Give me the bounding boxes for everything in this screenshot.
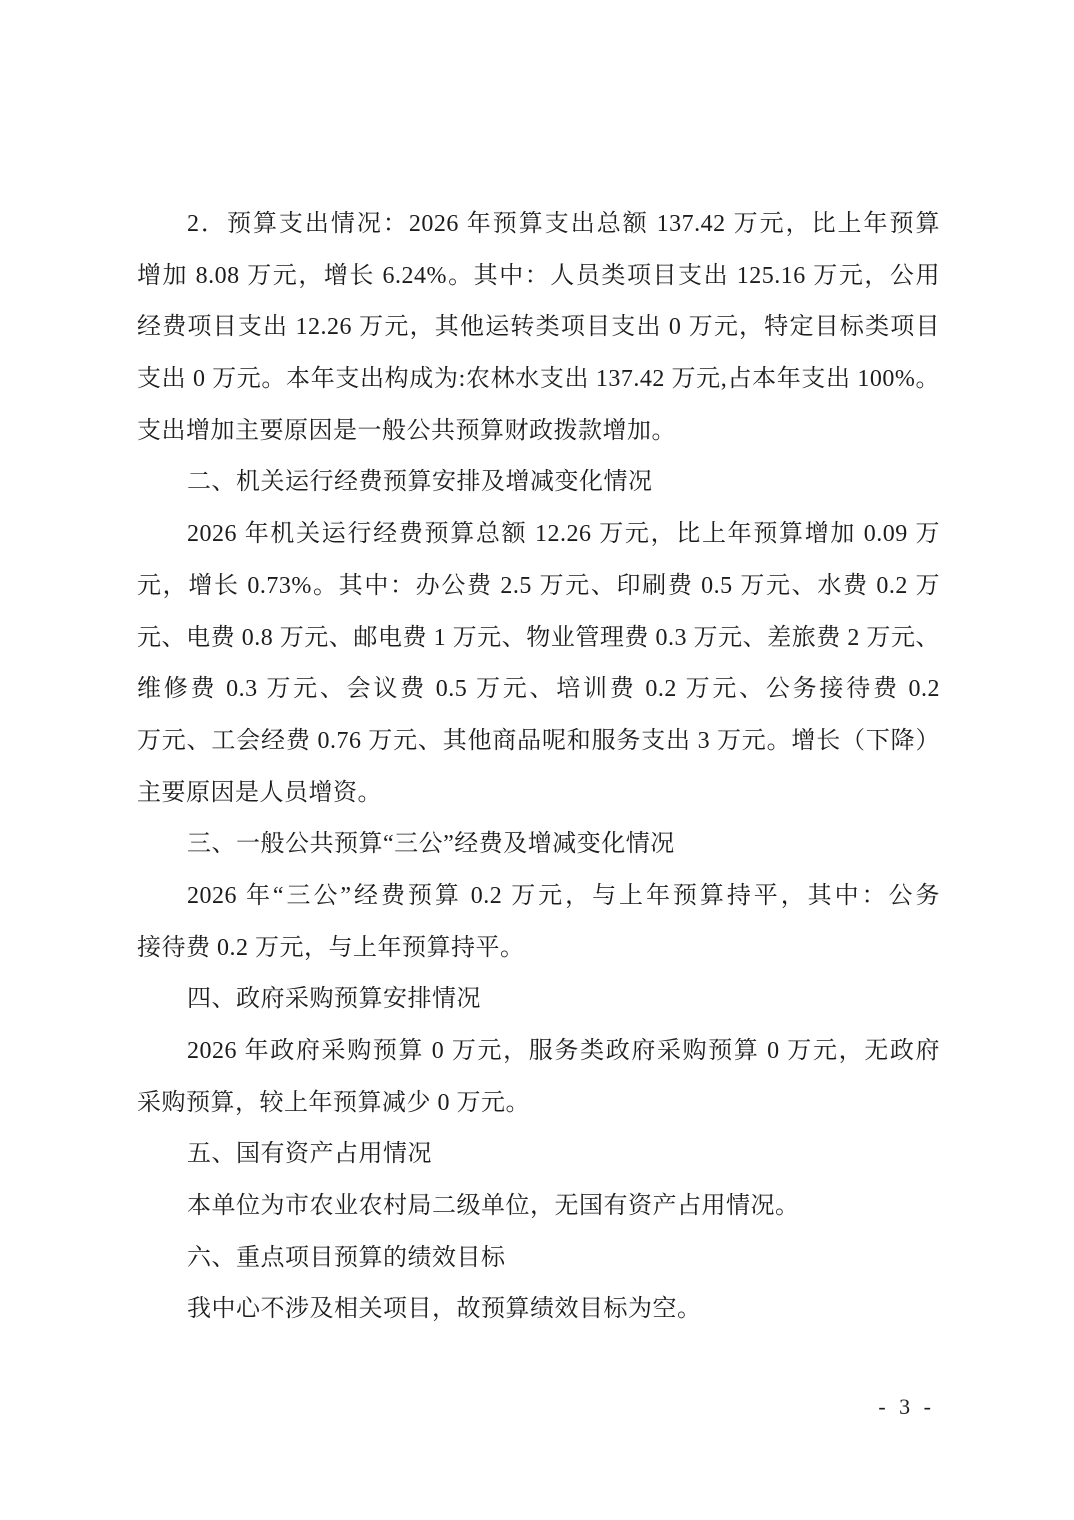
heading-line: 四、政府采购预算安排情况 bbox=[137, 974, 940, 1026]
text-line: 万元、工会经费 0.76 万元、其他商品呢和服务支出 3 万元。增长（下降） bbox=[137, 716, 940, 768]
text-line: 经费项目支出 12.26 万元，其他运转类项目支出 0 万元，特定目标类项目 bbox=[137, 302, 940, 354]
document-page: 2．预算支出情况：2026 年预算支出总额 137.42 万元，比上年预算增加 … bbox=[0, 0, 1074, 1520]
heading-line: 三、一般公共预算“三公”经费及增减变化情况 bbox=[137, 819, 940, 871]
text-line: 维修费 0.3 万元、会议费 0.5 万元、培训费 0.2 万元、公务接待费 0… bbox=[137, 664, 940, 716]
text-line: 元、电费 0.8 万元、邮电费 1 万元、物业管理费 0.3 万元、差旅费 2 … bbox=[137, 613, 940, 665]
text-line: 2026 年“三公”经费预算 0.2 万元，与上年预算持平，其中：公务 bbox=[137, 871, 940, 923]
text-line: 增加 8.08 万元，增长 6.24%。其中：人员类项目支出 125.16 万元… bbox=[137, 251, 940, 303]
text-line: 本单位为市农业农村局二级单位，无国有资产占用情况。 bbox=[137, 1181, 940, 1233]
text-line: 2．预算支出情况：2026 年预算支出总额 137.42 万元，比上年预算 bbox=[137, 199, 940, 251]
text-line: 我中心不涉及相关项目，故预算绩效目标为空。 bbox=[137, 1284, 940, 1336]
text-line: 支出 0 万元。本年支出构成为:农林水支出 137.42 万元,占本年支出 10… bbox=[137, 354, 940, 406]
text-line: 主要原因是人员增资。 bbox=[137, 768, 940, 820]
text-line: 2026 年机关运行经费预算总额 12.26 万元，比上年预算增加 0.09 万 bbox=[137, 509, 940, 561]
text-line: 接待费 0.2 万元，与上年预算持平。 bbox=[137, 923, 940, 975]
heading-line: 五、国有资产占用情况 bbox=[137, 1129, 940, 1181]
text-line: 2026 年政府采购预算 0 万元，服务类政府采购预算 0 万元，无政府 bbox=[137, 1026, 940, 1078]
text-line: 支出增加主要原因是一般公共预算财政拨款增加。 bbox=[137, 406, 940, 458]
text-line: 采购预算，较上年预算减少 0 万元。 bbox=[137, 1078, 940, 1130]
document-body: 2．预算支出情况：2026 年预算支出总额 137.42 万元，比上年预算增加 … bbox=[137, 199, 940, 1336]
page-number: - 3 - bbox=[878, 1392, 935, 1422]
text-line: 元，增长 0.73%。其中：办公费 2.5 万元、印刷费 0.5 万元、水费 0… bbox=[137, 561, 940, 613]
heading-line: 六、重点项目预算的绩效目标 bbox=[137, 1233, 940, 1285]
heading-line: 二、机关运行经费预算安排及增减变化情况 bbox=[137, 457, 940, 509]
